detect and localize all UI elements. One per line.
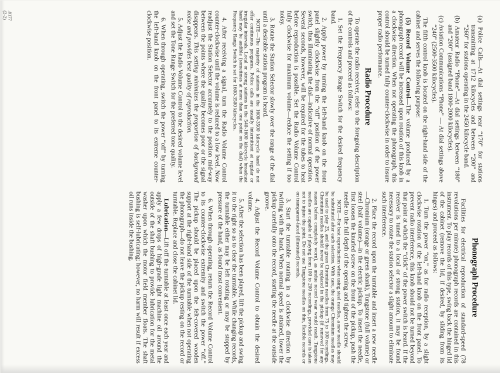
manual-page: (a) Police Calls—At dial settings near “…	[0, 0, 500, 373]
phonograph-step-1: 1. Turn the power “on,” as for radio rec…	[380, 191, 429, 363]
record-volume-control-paragraph: (5) Record Volume Control—The volume pro…	[377, 10, 412, 182]
radio-procedure-heading: Radio Procedure	[364, 10, 373, 182]
phonograph-intro-paragraph: Facilities for electrical reproduction o…	[432, 191, 467, 363]
phonograph-step-5: 5. After the selection has been played, …	[216, 191, 244, 363]
page-footer: .8177 (2-2)	[2, 10, 12, 20]
radio-step-4: 4. After receiving a signal, turn the Ra…	[185, 10, 227, 182]
radio-step-6: 6. When through operating, switch the po…	[145, 10, 166, 182]
record-volume-control-lead: (5) Record Volume Control—	[405, 17, 412, 104]
column-right: Phonograph Procedure Facilities for elec…	[10, 191, 483, 363]
phonograph-step-3: 3. Start the turntable rotating in a clo…	[263, 191, 291, 363]
lubrication-lead: Lubrication—	[162, 198, 169, 237]
phonograph-procedure-heading: Phonograph Procedure	[470, 191, 479, 363]
radio-step-1: 1. Set the Frequency Range Switch for th…	[330, 10, 344, 182]
two-column-layout: (a) Police Calls—At dial settings near “…	[10, 10, 483, 363]
phonograph-step-6: 6. When through operating, return the Re…	[171, 191, 213, 363]
dial-setting-item-b: (b) Amateur Radio “Phone”—At dial settin…	[446, 24, 460, 182]
radio-intro-paragraph: To operate the radio receiver, refer to …	[346, 10, 360, 182]
scanned-document-viewport: (a) Police Calls—At dial settings near “…	[0, 0, 500, 373]
phonograph-note-fine-print: NOTE—For best reproduction when using st…	[294, 191, 340, 363]
column-left: (a) Police Calls—At dial settings near “…	[10, 10, 483, 182]
footer-form-code: .8177	[7, 10, 12, 20]
phonograph-step-4: 4. Adjust the Record Volume Control to o…	[246, 191, 260, 363]
lubrication-paragraph: Lubrication—Lift off the turntable at le…	[127, 191, 169, 363]
radio-step-5: 5. Adjust the Radio Volume Control to th…	[169, 10, 183, 182]
radio-step-3: 3. Rotate the Station Selector slowly ov…	[262, 10, 276, 182]
fifth-control-knob-paragraph: The fifth control knob is located on the…	[414, 10, 428, 182]
dial-setting-item-a: (a) Police Calls—At dial settings near “…	[462, 24, 483, 182]
dial-setting-item-c: (c) Aviation Communications “Phone” — At…	[430, 24, 444, 182]
footer-page-number: (2-2)	[2, 10, 7, 20]
phonograph-step-2: 2. Place the record upon the turntable a…	[343, 191, 378, 363]
radio-step-2: 2. Apply power by turning the left-hand …	[278, 10, 327, 182]
radio-note-fine-print: NOTE—The majority of stations in the 160…	[230, 10, 259, 182]
